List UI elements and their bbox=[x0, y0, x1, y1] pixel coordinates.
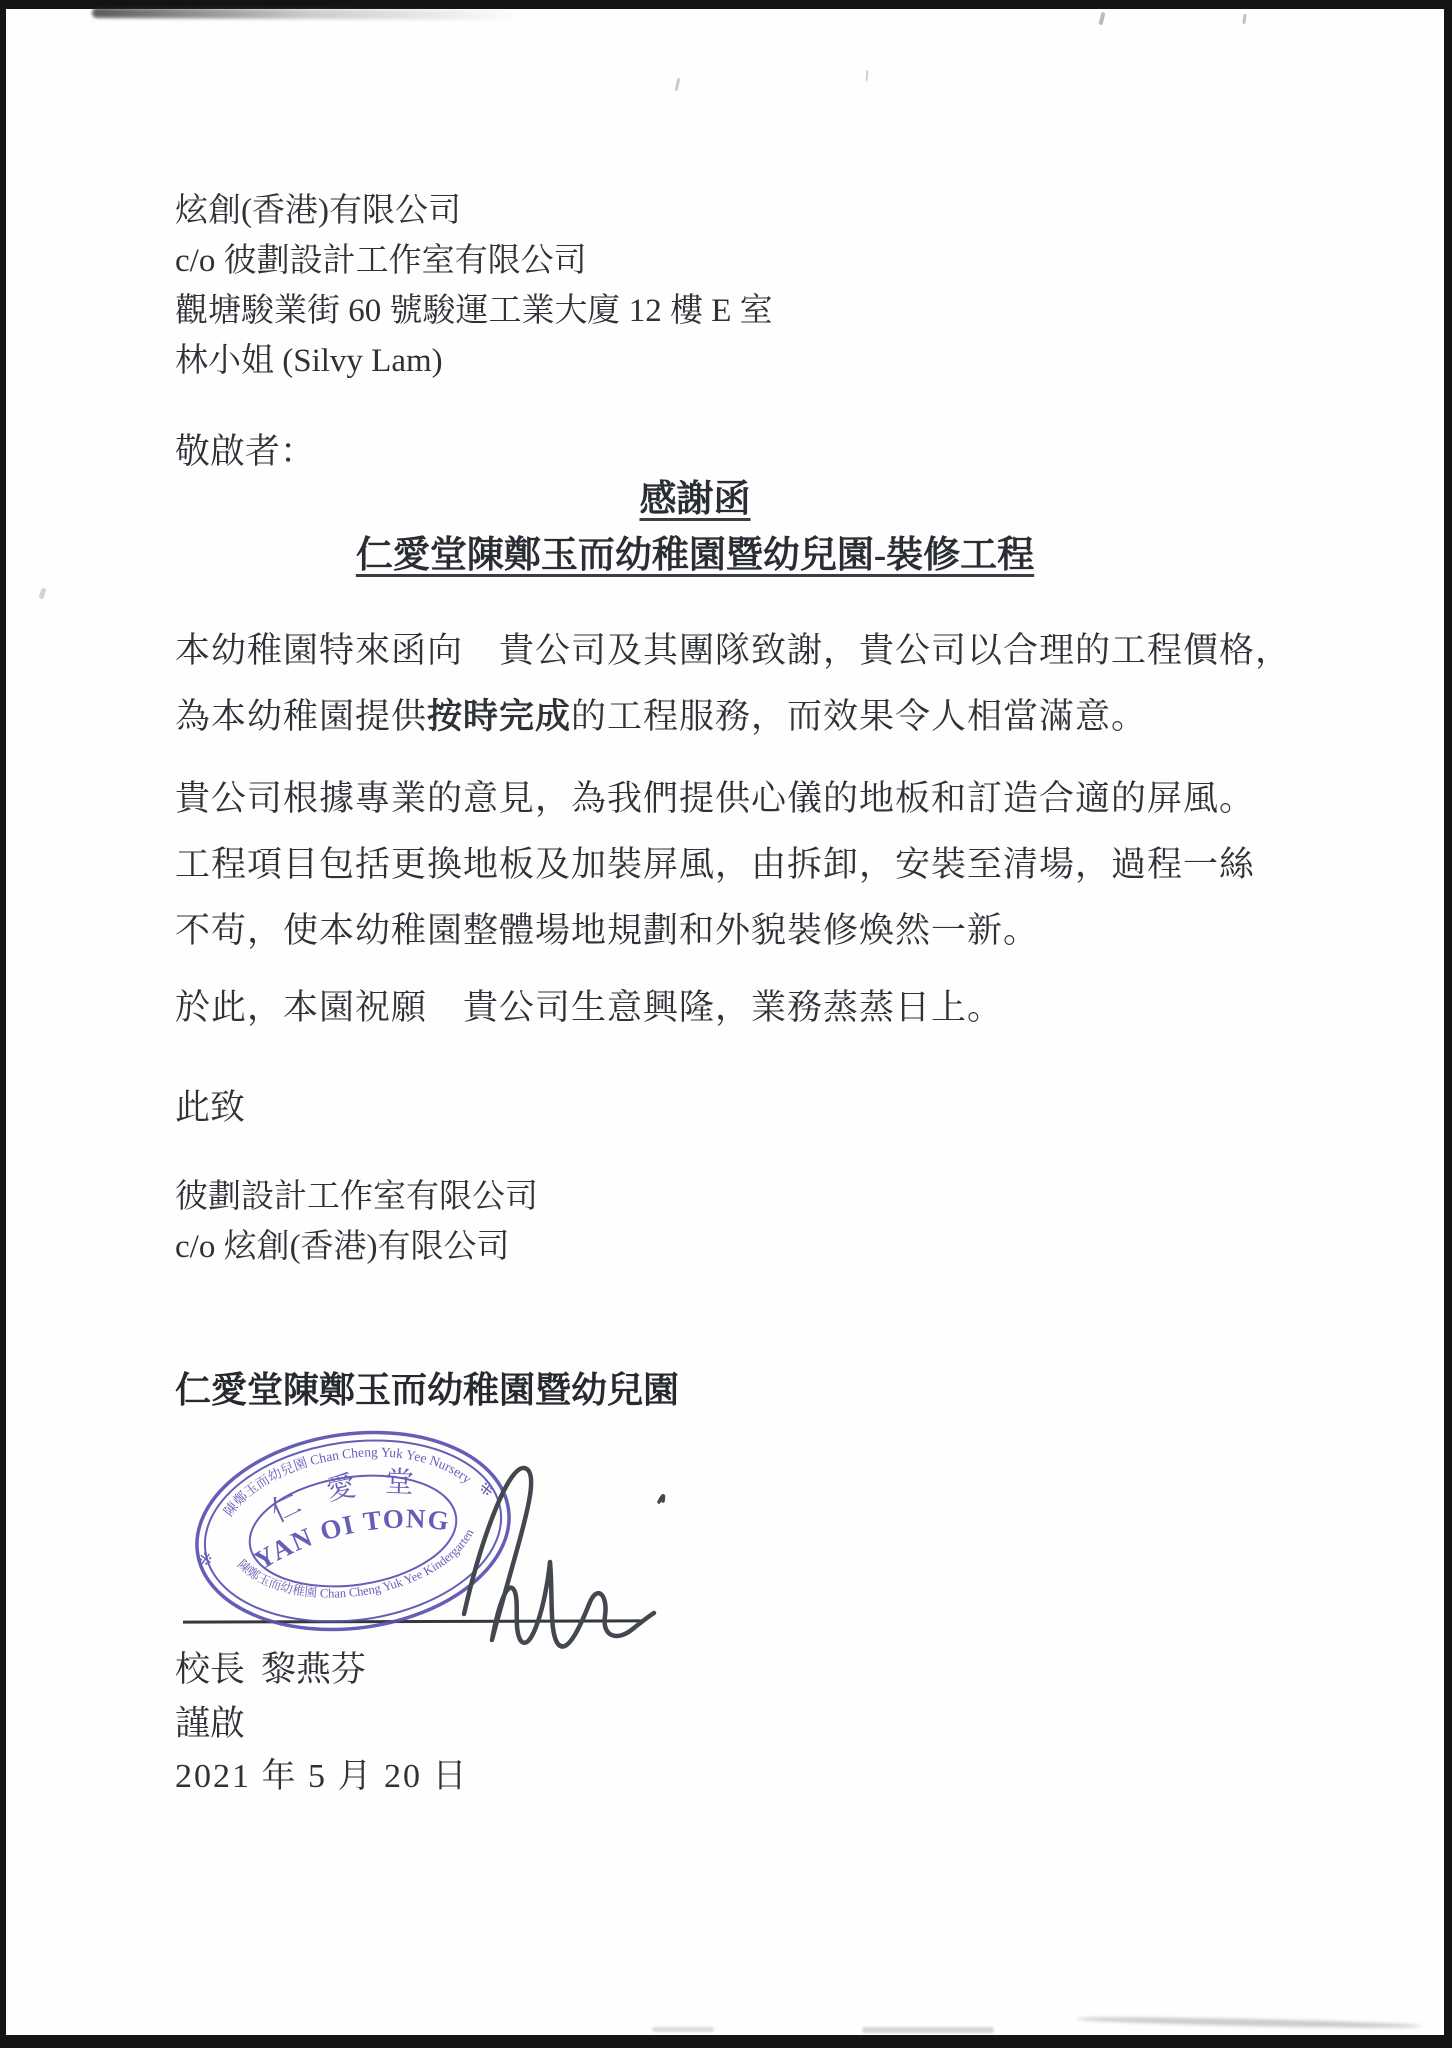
p1-line2-pre: 為本幼稚園提供 bbox=[175, 697, 427, 736]
scan-speck bbox=[866, 70, 869, 81]
paragraph-1: 本幼稚園特來函向 貴公司及其團隊致謝，貴公司以合理的工程價格， 為本幼稚園提供按… bbox=[175, 618, 1291, 750]
paragraph-1-line-2: 為本幼稚園提供按時完成的工程服務，而效果令人相當滿意。 bbox=[175, 684, 1291, 750]
signature-stroke bbox=[464, 1468, 654, 1647]
recipient-contact-person: 林小姐 (Silvy Lam) bbox=[175, 336, 773, 386]
paragraph-1-line-1: 本幼稚園特來函向 貴公司及其團隊致謝，貴公司以合理的工程價格， bbox=[175, 618, 1291, 684]
scan-smudge bbox=[862, 2027, 994, 2033]
scan-speck bbox=[38, 587, 46, 599]
scan-speck bbox=[1098, 12, 1105, 26]
p1-line2-bold: 按時完成 bbox=[427, 697, 571, 736]
letter-title-line: 感謝函 bbox=[175, 472, 1215, 528]
scan-border-top bbox=[0, 0, 1452, 9]
scan-border-right bbox=[1444, 0, 1452, 2048]
principal-title: 校長 bbox=[175, 1650, 245, 1689]
scan-speck bbox=[1242, 14, 1246, 24]
organization-name: 仁愛堂陳鄭玉而幼稚園暨幼兒園 bbox=[175, 1362, 679, 1413]
respectfully-yours: 謹啟 bbox=[175, 1696, 245, 1746]
recipient-company: 炫創(香港)有限公司 bbox=[175, 186, 773, 236]
paragraph-2-line-2: 工程項目包括更換地板及加裝屏風，由拆卸，安裝至清場，過程一絲 bbox=[175, 832, 1255, 898]
principal-name: 黎燕芬 bbox=[261, 1650, 366, 1689]
sender-company: 彼劃設計工作室有限公司 bbox=[175, 1172, 538, 1222]
paragraph-2-line-3: 不苟，使本幼稚園整體場地規劃和外貌裝修煥然一新。 bbox=[175, 898, 1255, 964]
sender-co-company: c/o 炫創(香港)有限公司 bbox=[175, 1222, 538, 1272]
closing-phrase: 此致 bbox=[175, 1080, 245, 1130]
principal-signoff: 校長黎燕芬 bbox=[175, 1642, 366, 1692]
scan-smudge bbox=[92, 8, 522, 20]
letter-subtitle: 仁愛堂陳鄭玉而幼稚園暨幼兒園-裝修工程 bbox=[356, 535, 1034, 576]
handwritten-signature bbox=[396, 1444, 696, 1684]
scan-smudge bbox=[1077, 2015, 1422, 2029]
letter-heading: 感謝函 仁愛堂陳鄭玉而幼稚園暨幼兒園-裝修工程 bbox=[175, 472, 1215, 584]
paragraph-3: 於此，本園祝願 貴公司生意興隆，業務蒸蒸日上。 bbox=[175, 980, 1003, 1030]
salutation: 敬啟者： bbox=[175, 424, 315, 474]
paragraph-2-line-1: 貴公司根據專業的意見，為我們提供心儀的地板和訂造合適的屏風。 bbox=[175, 766, 1255, 832]
recipient-co-company: c/o 彼劃設計工作室有限公司 bbox=[175, 236, 773, 286]
signature-flick bbox=[659, 1496, 664, 1502]
letter-title: 感謝函 bbox=[640, 479, 751, 520]
scan-smudge bbox=[652, 2027, 714, 2032]
recipient-address: 炫創(香港)有限公司 c/o 彼劃設計工作室有限公司 觀塘駿業街 60 號駿運工… bbox=[175, 186, 773, 386]
stamp-asterisk-left: ※ bbox=[197, 1549, 214, 1570]
scan-speck bbox=[675, 78, 681, 91]
scan-border-left bbox=[0, 0, 6, 2048]
p1-line2-post: 的工程服務，而效果令人相當滿意。 bbox=[571, 697, 1147, 736]
sender-block: 彼劃設計工作室有限公司 c/o 炫創(香港)有限公司 bbox=[175, 1172, 538, 1272]
scanned-letter-page: 炫創(香港)有限公司 c/o 彼劃設計工作室有限公司 觀塘駿業街 60 號駿運工… bbox=[0, 0, 1452, 2048]
scan-border-bottom bbox=[0, 2035, 1452, 2048]
recipient-street-address: 觀塘駿業街 60 號駿運工業大廈 12 樓 E 室 bbox=[175, 286, 773, 336]
letter-date: 2021 年 5 月 20 日 bbox=[175, 1748, 469, 1797]
letter-subtitle-line: 仁愛堂陳鄭玉而幼稚園暨幼兒園-裝修工程 bbox=[175, 528, 1215, 584]
paragraph-2: 貴公司根據專業的意見，為我們提供心儀的地板和訂造合適的屏風。 工程項目包括更換地… bbox=[175, 766, 1255, 964]
